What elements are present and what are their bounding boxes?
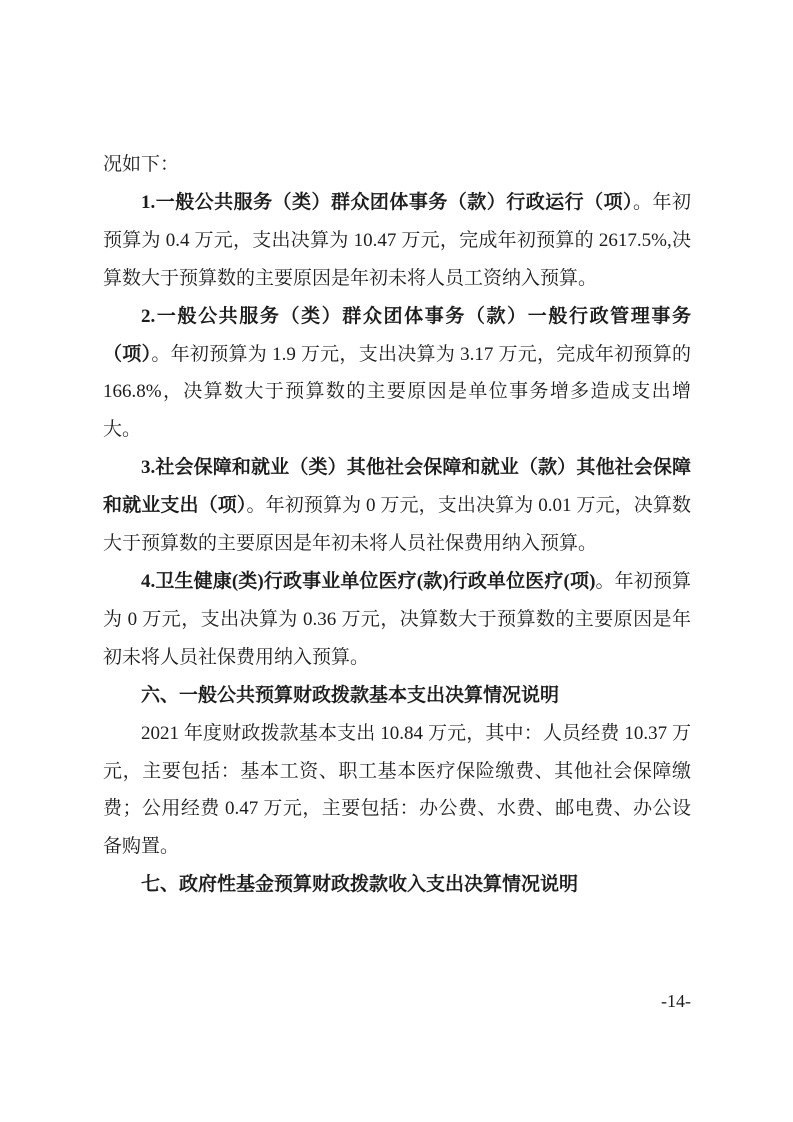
expenditure-item-1-title: 1.一般公共服务（类）群众团体事务（款）行政运行（项） bbox=[141, 192, 633, 213]
document-page: 况如下： 1.一般公共服务（类）群众团体事务（款）行政运行（项）。年初预算为 0… bbox=[0, 0, 793, 1122]
document-content: 况如下： 1.一般公共服务（类）群众团体事务（款）行政运行（项）。年初预算为 0… bbox=[103, 146, 691, 904]
section-6-heading: 六、一般公共预算财政拨款基本支出决算情况说明 bbox=[103, 677, 691, 715]
page-number: -14- bbox=[661, 990, 691, 1012]
expenditure-item-4: 4.卫生健康(类)行政事业单位医疗(款)行政单位医疗(项)。年初预算为 0 万元… bbox=[103, 563, 691, 677]
section-7-heading: 七、政府性基金预算财政拨款收入支出决算情况说明 bbox=[103, 866, 691, 904]
section-6-paragraph: 2021 年度财政拨款基本支出 10.84 万元，其中：人员经费 10.37 万… bbox=[103, 715, 691, 867]
expenditure-item-3: 3.社会保障和就业（类）其他社会保障和就业（款）其他社会保障和就业支出（项）。年… bbox=[103, 449, 691, 563]
expenditure-item-4-title: 4.卫生健康(类)行政事业单位医疗(款)行政单位医疗(项) bbox=[141, 571, 595, 592]
intro-continuation-line: 况如下： bbox=[103, 146, 691, 184]
expenditure-item-2: 2.一般公共服务（类）群众团体事务（款）一般行政管理事务（项）。年初预算为 1.… bbox=[103, 298, 691, 450]
expenditure-item-1: 1.一般公共服务（类）群众团体事务（款）行政运行（项）。年初预算为 0.4 万元… bbox=[103, 184, 691, 298]
expenditure-item-2-body: 。年初预算为 1.9 万元，支出决算为 3.17 万元，完成年初预算的 166.… bbox=[103, 344, 691, 441]
